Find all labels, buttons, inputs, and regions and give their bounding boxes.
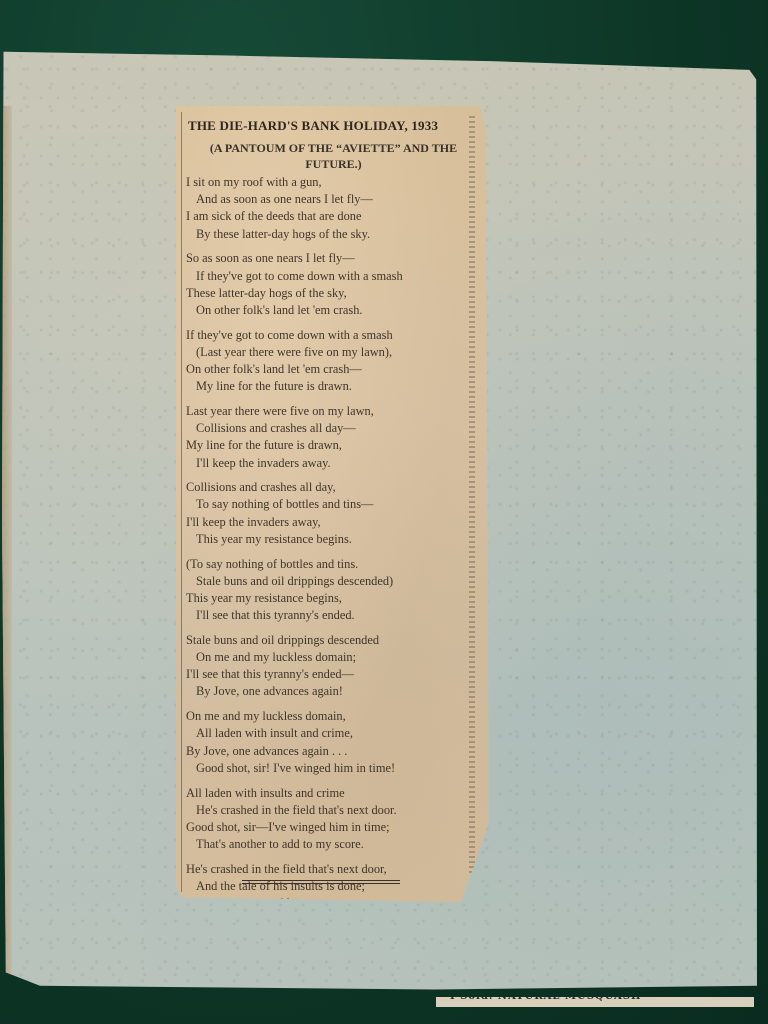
poem-line: He's crashed in the field that's next do… — [184, 802, 479, 819]
poem-line: If they've got to come down with a smash — [184, 268, 479, 285]
poem-line: By these latter-day hogs of the sky. — [184, 226, 479, 243]
poem-line: This year my resistance begins, — [184, 590, 479, 607]
poem-line: Stale buns and oil drippings descended) — [184, 573, 479, 590]
poem-body: I sit on my roof with a gun,And as soon … — [184, 174, 479, 930]
poem-line: To say nothing of bottles and tins— — [184, 496, 479, 513]
poem-line: (To say nothing of bottles and tins. — [184, 556, 479, 573]
poem-line: All laden with insults and crime — [184, 785, 479, 802]
poem-line: Last year there were five on my lawn, — [184, 403, 479, 420]
poem-line: Stale buns and oil drippings descended — [184, 632, 479, 649]
poem-line: (Last year there were five on my lawn), — [184, 344, 479, 361]
poem-stanza: All laden with insults and crimeHe's cra… — [184, 785, 479, 854]
poem-line: All laden with insult and crime, — [184, 725, 479, 742]
poem-line: My line for the future is drawn, — [184, 437, 479, 454]
poem-stanza: (To say nothing of bottles and tins.Stal… — [184, 556, 479, 625]
poem-line: I'll keep the invaders away, — [184, 514, 479, 531]
poem-line: I'll keep the invaders away. — [184, 455, 479, 472]
poem-line: This year my resistance begins. — [184, 531, 479, 548]
poem-line: I sit on my roof with a gun, — [184, 174, 479, 191]
poem-stanza: On me and my luckless domain,All laden w… — [184, 708, 479, 777]
underlying-label-text: I Sold. NATURAL MUSQUASH — [450, 997, 641, 1002]
poem-title: THE DIE-HARD'S BANK HOLIDAY, 1933 — [188, 118, 479, 134]
poem-stanza: Collisions and crashes all day,To say no… — [184, 479, 479, 548]
poem-line: My line for the future is drawn. — [184, 378, 479, 395]
poem-stanza: If they've got to come down with a smash… — [184, 327, 479, 396]
poem-line: On other folk's land let 'em crash— — [184, 361, 479, 378]
poem-line: He's crashed in the field that's next do… — [184, 861, 479, 878]
poem-line: I'll see that this tyranny's ended— — [184, 666, 479, 683]
poem-line: On me and my luckless domain, — [184, 708, 479, 725]
poem-line: I'll see that this tyranny's ended. — [184, 607, 479, 624]
end-rule-divider — [242, 880, 400, 884]
poem-stanza: Stale buns and oil drippings descendedOn… — [184, 632, 479, 701]
poem-line: If they've got to come down with a smash — [184, 327, 479, 344]
poem-line: Good shot, sir! I've winged him in time! — [184, 760, 479, 777]
poem-line: And as soon as one nears I let fly— — [184, 191, 479, 208]
poem-line: On me and my luckless domain; — [184, 649, 479, 666]
poem-line: These latter-day hogs of the sky, — [184, 285, 479, 302]
poem-subtitle: (A PANTOUM OF THE “AVIETTE” AND THE FUTU… — [194, 140, 473, 172]
poem-line: So as soon as one nears I let fly— — [184, 250, 479, 267]
poem-line: By Jove, one advances again . . . — [184, 743, 479, 760]
poem-line: On other folk's land let 'em crash. — [184, 302, 479, 319]
poem-line: That's another to add to my score. — [184, 836, 479, 853]
column-rule — [181, 112, 182, 892]
poem-line: Collisions and crashes all day, — [184, 479, 479, 496]
poem-line: I am sick of the deeds that are done — [184, 208, 479, 225]
poem-stanza: Last year there were five on my lawn,Col… — [184, 403, 479, 472]
newspaper-clipping: THE DIE-HARD'S BANK HOLIDAY, 1933 (A PAN… — [176, 106, 489, 902]
underlying-label-strip: I Sold. NATURAL MUSQUASH — [436, 997, 754, 1007]
poem-line: By Jove, one advances again! — [184, 683, 479, 700]
poem-line: Good shot, sir—I've winged him in time; — [184, 819, 479, 836]
poem-stanza: So as soon as one nears I let fly—If the… — [184, 250, 479, 319]
poem-stanza: I sit on my roof with a gun,And as soon … — [184, 174, 479, 243]
poem-line: Collisions and crashes all day— — [184, 420, 479, 437]
